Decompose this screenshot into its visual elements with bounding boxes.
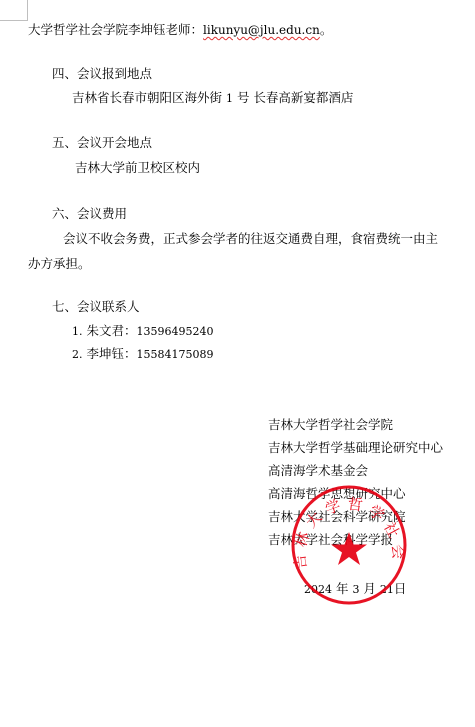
address-prefix: 吉林省长春市朝阳区海外街 — [72, 90, 226, 105]
signatory: 吉林大学哲学社会学院 — [268, 417, 393, 433]
signatory: 吉林大学哲学基础理论研究中心 — [268, 440, 443, 456]
signatory: 吉林大学社会科学研究院 — [268, 509, 406, 525]
signatory: 吉林大学社会科学学报 — [268, 532, 393, 548]
address-suffix: 号 长春高新宴都酒店 — [233, 90, 353, 105]
email-link[interactable]: likunyu@jlu.edu.cn — [203, 23, 320, 37]
contact-item: 1. 朱文君：13596495240 — [72, 323, 213, 340]
contact-index: 2. — [72, 348, 83, 361]
page-corner-mark — [0, 0, 28, 21]
date-year: 2024 — [304, 583, 332, 596]
contact-phone: 15584175089 — [137, 348, 214, 361]
section-heading-venue: 五、会议开会地点 — [52, 135, 152, 151]
registration-address: 吉林省长春市朝阳区海外街 1 号 长春高新宴都酒店 — [72, 90, 353, 107]
date-month-label: 月 — [359, 581, 379, 596]
contact-phone: 13596495240 — [137, 325, 214, 338]
date-day-label: 日 — [394, 581, 407, 596]
contact-name: 李坤钰： — [86, 346, 136, 361]
fees-paragraph: 会议不收会务费，正式参会学者的往返交通费自理，食宿费统一由主办方承担。 — [28, 226, 448, 276]
section-heading-contacts: 七、会议联系人 — [52, 299, 140, 315]
date-year-label: 年 — [332, 581, 352, 596]
venue-text: 吉林大学前卫校区校内 — [75, 160, 200, 176]
document-date: 2024 年 3 月 21日 — [304, 581, 406, 598]
address-number: 1 — [226, 92, 233, 105]
email-prefix: 大学哲学社会学院李坤钰老师： — [28, 22, 203, 37]
contact-name: 朱文君： — [86, 323, 136, 338]
section-heading-registration: 四、会议报到地点 — [52, 66, 152, 82]
signatory: 高清海哲学思想研究中心 — [268, 486, 406, 502]
email-suffix: 。 — [320, 22, 333, 37]
date-day: 21 — [380, 583, 394, 596]
section-heading-fees: 六、会议费用 — [52, 206, 127, 222]
signatory: 高清海学术基金会 — [268, 463, 368, 479]
contact-index: 1. — [72, 325, 83, 338]
contact-item: 2. 李坤钰：15584175089 — [72, 346, 213, 363]
contact-email-line: 大学哲学社会学院李坤钰老师：likunyu@jlu.edu.cn。 — [28, 22, 332, 38]
